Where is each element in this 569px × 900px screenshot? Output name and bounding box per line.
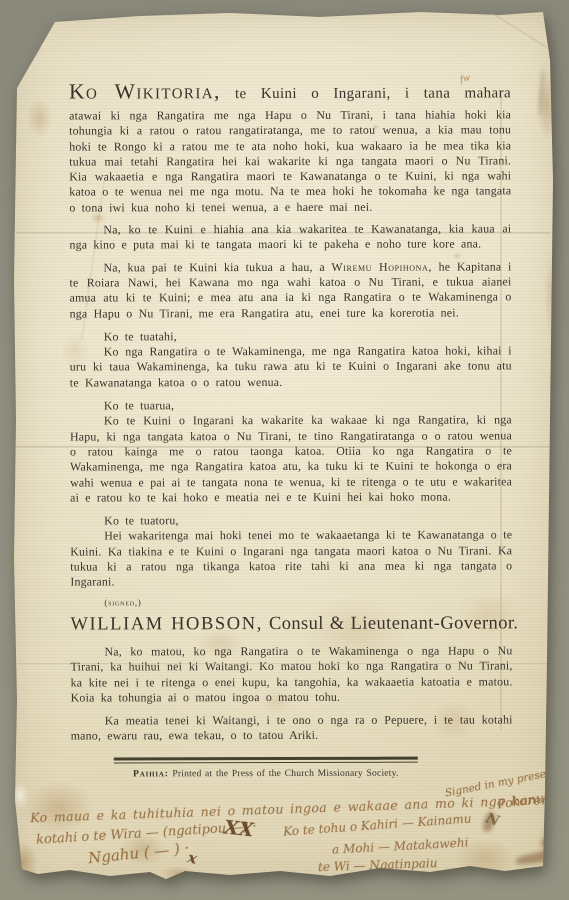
article-1-text: Ko nga Rangatira o te Wakaminenga, me ng… [70, 344, 512, 391]
handwritten-right-column-3: te Wi — Ngatinpaiu [318, 856, 438, 874]
imprint-text: Printed at the Press of the Church Missi… [172, 767, 398, 779]
signature-title: Consul & Lieutenant-Governor. [269, 613, 518, 634]
preamble-paragraph: atawai ki nga Rangatira me nga Hapu o Nu… [69, 107, 511, 215]
ink-smudge [540, 826, 569, 848]
closing-paragraph-1: Na, ko matou, ko nga Rangatira o te Waka… [70, 643, 512, 705]
signature-name: WILLIAM HOBSON, [70, 614, 263, 635]
article-2-text: Ko te Kuini o Ingarani ka wakarite ka wa… [70, 413, 512, 506]
treaty-paper-sheet: Ko Wikitoria, te Kuini o Ingarani, i tan… [0, 0, 569, 900]
article-3-text: Hei wakaritenga mai hoki tenei mo te wak… [70, 528, 512, 590]
double-rule-separator [114, 756, 418, 763]
closing-paragraph-2: Ka meatia tenei ki Waitangi, i te ono o … [71, 712, 513, 744]
article-2-heading: Ko te tuarua, [70, 397, 512, 413]
paragraph-3: Na, kua pai te Kuini kia tukua a hau, a … [69, 259, 511, 321]
photograph-of-printed-treaty: Ko Wikitoria, te Kuini o Ingarani, i tan… [0, 0, 569, 900]
imprint-place: Paihia: [133, 768, 169, 779]
printed-treaty-text: Ko Wikitoria, te Kuini o Ingarani, i tan… [14, 17, 551, 900]
hobson-name-smallcaps: Wiremu Hopihona, [331, 259, 432, 273]
paragraph-2: Na, ko te Kuini e hiahia ana kia wakarit… [69, 221, 511, 253]
article-1-heading: Ko te tuatahi, [70, 328, 512, 344]
treaty-opening-line: Ko Wikitoria, te Kuini o Ingarani, i tan… [69, 77, 511, 107]
signature-line: WILLIAM HOBSON, Consul & Lieutenant-Gove… [70, 611, 512, 636]
opening-line-rest: te Kuini o Ingarani, i tana mahara [235, 85, 511, 102]
article-3-heading: Ko te tuatoru, [70, 513, 512, 529]
paragraph-3-before: Na, kua pai te Kuini kia tukua a hau, a [103, 260, 324, 275]
signature-x-mark: XX [223, 817, 255, 842]
imprint-line: Paihia: Printed at the Press of the Chur… [114, 767, 418, 780]
paper-sheet-wrapper: Ko Wikitoria, te Kuini o Ingarani, i tan… [0, 0, 569, 900]
signed-label: (signed,) [104, 594, 512, 610]
opening-royal-name: Ko Wikitoria, [69, 79, 221, 103]
